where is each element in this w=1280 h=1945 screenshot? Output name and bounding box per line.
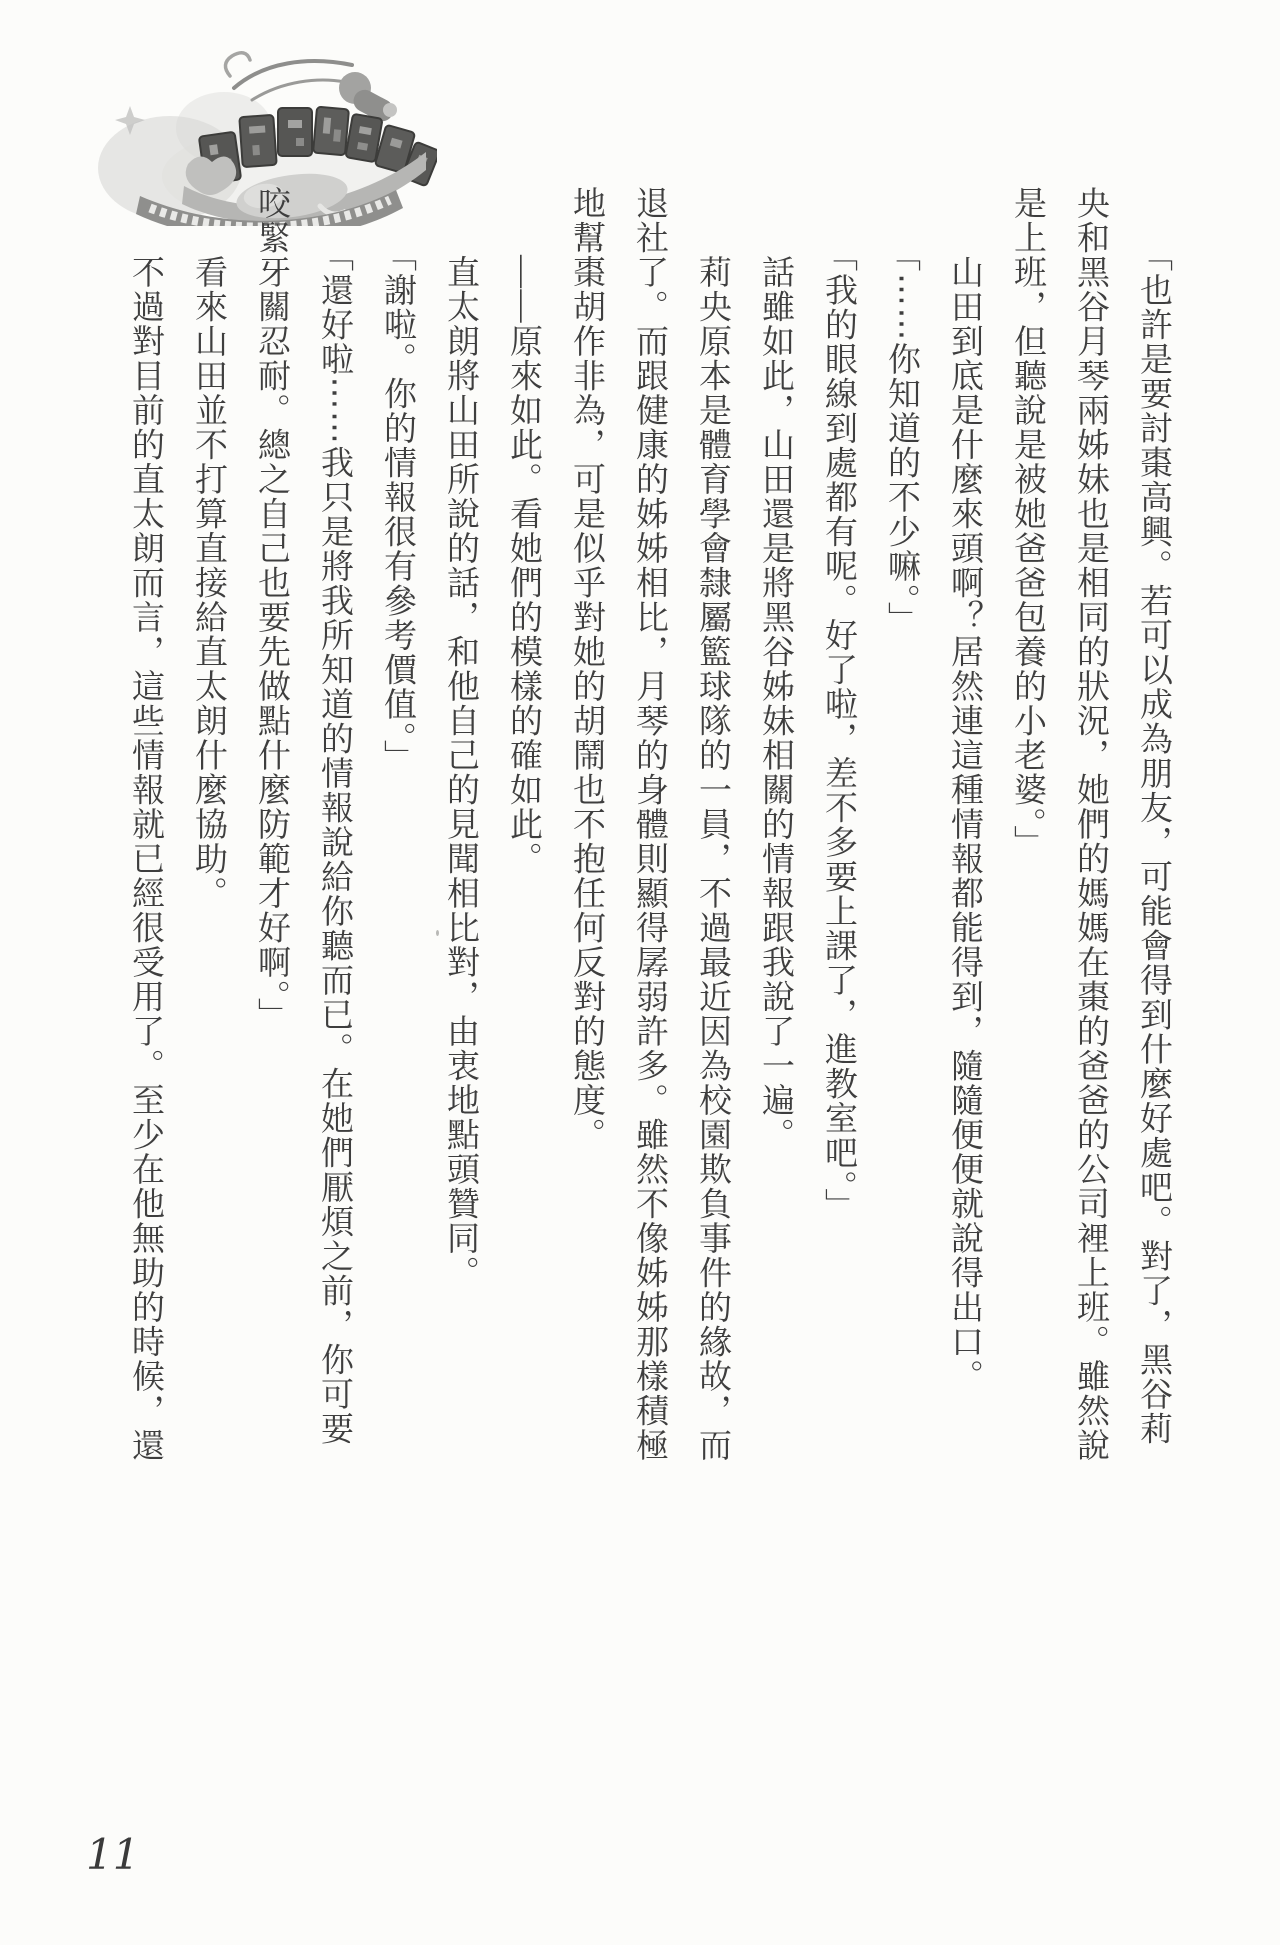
text-column: 是上班，但聽說是被她爸爸包養的小老婆。」 [995,186,1058,1551]
text-column: 「⋯⋯你知道的不少嘛。」 [869,186,932,1551]
novel-page: 「也許是要討棗高興。若可以成為朋友，可能會得到什麼好處吧。對了，黑谷莉 央和黑谷… [0,0,1280,1945]
scan-speck [436,930,439,936]
text-column: 不過對目前的直太朗而言，這些情報就已經很受用了。至少在他無助的時候，還 [113,186,176,1551]
text-column: 「還好啦⋯⋯我只是將我所知道的情報說給你聽而已。在她們厭煩之前，你可要 [302,186,365,1551]
text-column: ——原來如此。看她們的模樣的確如此。 [491,186,554,1551]
text-column: 央和黑谷月琴兩姊妹也是相同的狀況，她們的媽媽在棗的爸爸的公司裡上班。雖然說 [1058,186,1121,1551]
text-column: 看來山田並不打算直接給直太朗什麼協助。 [176,186,239,1551]
text-column: 「我的眼線到處都有呢。好了啦，差不多要上課了，進教室吧。」 [806,186,869,1551]
text-column: 莉央原本是體育學會隸屬籃球隊的一員，不過最近因為校園欺負事件的緣故，而 [680,186,743,1551]
page-number: 11 [86,1830,139,1879]
text-column: 咬緊牙關忍耐。總之自己也要先做點什麼防範才好啊。」 [239,186,302,1551]
body-text: 「也許是要討棗高興。若可以成為朋友，可能會得到什麼好處吧。對了，黑谷莉 央和黑谷… [113,186,1184,1551]
text-column: 地幫棗胡作非為，可是似乎對她的胡鬧也不抱任何反對的態度。 [554,186,617,1551]
text-column: 退社了。而跟健康的姊姊相比，月琴的身體則顯得孱弱許多。雖然不像姊姊那樣積極 [617,186,680,1551]
text-column: 山田到底是什麼來頭啊？居然連這種情報都能得到，隨隨便便就說得出口。 [932,186,995,1551]
text-column: 話雖如此，山田還是將黑谷姊妹相關的情報跟我說了一遍。 [743,186,806,1551]
text-column: 「謝啦。你的情報很有參考價值。」 [365,186,428,1551]
text-column: 「也許是要討棗高興。若可以成為朋友，可能會得到什麼好處吧。對了，黑谷莉 [1121,186,1184,1551]
text-column: 直太朗將山田所說的話，和他自己的見聞相比對，由衷地點頭贊同。 [428,186,491,1551]
